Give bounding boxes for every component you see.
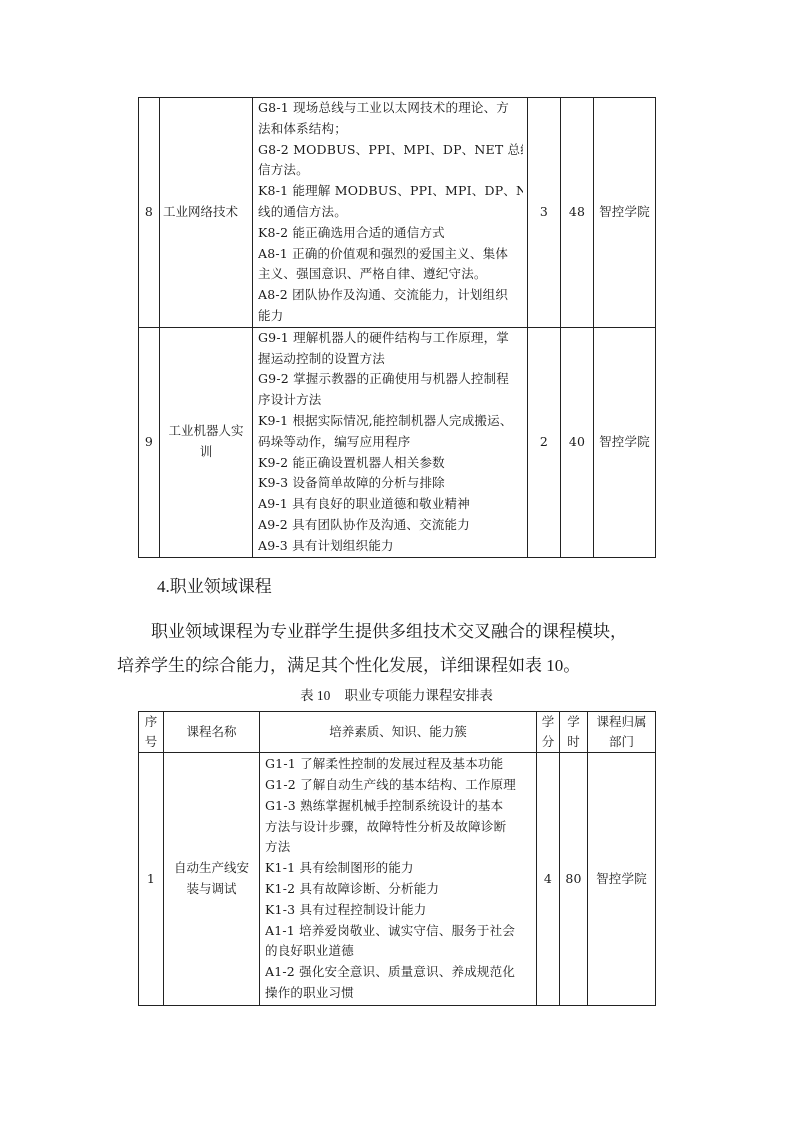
course-name-line: 装与调试 <box>166 879 257 900</box>
row-number: 1 <box>139 753 164 1006</box>
competency-line: 握运动控制的设置方法 <box>258 349 523 370</box>
competency-line: G9-2 掌握示教器的正确使用与机器人控制程 <box>258 369 523 390</box>
table-row: 8 工业网络技术 G8-1 现场总线与工业以太网技术的理论、方 法和体系结构； … <box>139 98 656 328</box>
competency-list: G8-1 现场总线与工业以太网技术的理论、方 法和体系结构； G8-2 MODB… <box>253 98 528 328</box>
competency-line: 操作的职业习惯 <box>265 983 532 1004</box>
competency-line: A9-3 具有计划组织能力 <box>258 536 523 557</box>
hours: 40 <box>561 327 594 557</box>
header-hours: 学 时 <box>560 712 588 753</box>
header-no: 序 号 <box>139 712 164 753</box>
competency-line: 序设计方法 <box>258 390 523 411</box>
department: 智控学院 <box>594 327 656 557</box>
competency-line: A9-2 具有团队协作及沟通、交流能力 <box>258 515 523 536</box>
course-table-10: 序 号 课程名称 培养素质、知识、能力簇 学 分 学 时 课程归属 部门 1 自… <box>138 711 656 1006</box>
header-competency: 培养素质、知识、能力簇 <box>260 712 537 753</box>
competency-line: G8-1 现场总线与工业以太网技术的理论、方 <box>258 98 523 119</box>
competency-line: K1-2 具有故障诊断、分析能力 <box>265 879 532 900</box>
section-heading: 4.职业领域课程 <box>157 572 272 597</box>
course-name-line: 训 <box>162 442 250 463</box>
header-line: 学 <box>560 712 587 732</box>
competency-line: G1-2 了解自动生产线的基本结构、工作原理 <box>265 775 532 796</box>
header-line: 学 <box>537 712 559 732</box>
table-caption: 表 10职业专项能力课程安排表 <box>0 684 793 704</box>
competency-line: A1-1 培养爱岗敬业、诚实守信、服务于社会 <box>265 921 532 942</box>
header-line: 部门 <box>588 732 655 752</box>
table-row: 9 工业机器人实 训 G9-1 理解机器人的硬件结构与工作原理，掌 握运动控制的… <box>139 327 656 557</box>
competency-line: G1-1 了解柔性控制的发展过程及基本功能 <box>265 754 532 775</box>
row-number: 8 <box>139 98 160 328</box>
paragraph-line: 培养学生的综合能力，满足其个性化发展，详细课程如表 10。 <box>117 649 677 683</box>
competency-line: 主义、强国意识、严格自律、遵纪守法。 <box>258 264 523 285</box>
competency-line: K8-2 能正确选用合适的通信方式 <box>258 223 523 244</box>
competency-line: K1-1 具有绘制图形的能力 <box>265 858 532 879</box>
course-name: 工业网络技术 <box>160 98 253 328</box>
section-paragraph: 职业领域课程为专业群学生提供多组技术交叉融合的课程模块， 培养学生的综合能力，满… <box>117 615 677 683</box>
competency-list: G9-1 理解机器人的硬件结构与工作原理，掌 握运动控制的设置方法 G9-2 掌… <box>253 327 528 557</box>
competency-line: 信方法。 <box>258 160 523 181</box>
competency-line: G9-1 理解机器人的硬件结构与工作原理，掌 <box>258 328 523 349</box>
competency-line: K9-2 能正确设置机器人相关参数 <box>258 453 523 474</box>
department: 智控学院 <box>594 98 656 328</box>
header-course-name: 课程名称 <box>164 712 260 753</box>
competency-line: G8-2 MODBUS、PPI、MPI、DP、NET 总线的通 <box>258 140 523 161</box>
header-line: 时 <box>560 732 587 752</box>
competency-line: 码垛等动作，编写应用程序 <box>258 432 523 453</box>
competency-line: G1-3 熟练掌握机械手控制系统设计的基本 <box>265 796 532 817</box>
competency-line: K8-1 能理解 MODBUS、PPI、MPI、DP、NET 总 <box>258 181 523 202</box>
paragraph-line: 职业领域课程为专业群学生提供多组技术交叉融合的课程模块， <box>117 615 677 649</box>
credits: 4 <box>537 753 560 1006</box>
competency-line: 方法与设计步骤，故障特性分析及故障诊断 <box>265 817 532 838</box>
competency-line: A8-1 正确的价值观和强烈的爱国主义、集体 <box>258 244 523 265</box>
competency-line: 的良好职业道德 <box>265 941 532 962</box>
course-name: 工业机器人实 训 <box>160 327 253 557</box>
competency-line: A9-1 具有良好的职业道德和敬业精神 <box>258 494 523 515</box>
competency-line: 线的通信方法。 <box>258 202 523 223</box>
credits: 2 <box>528 327 561 557</box>
header-line: 号 <box>139 732 163 752</box>
competency-line: K9-1 根据实际情况,能控制机器人完成搬运、 <box>258 411 523 432</box>
table-caption-number: 表 10 <box>300 688 330 703</box>
course-table-continued: 8 工业网络技术 G8-1 现场总线与工业以太网技术的理论、方 法和体系结构； … <box>138 97 656 558</box>
hours: 80 <box>560 753 588 1006</box>
table-caption-title: 职业专项能力课程安排表 <box>344 688 493 703</box>
department: 智控学院 <box>588 753 656 1006</box>
course-name-line: 自动生产线安 <box>166 858 257 879</box>
course-name: 自动生产线安 装与调试 <box>164 753 260 1006</box>
header-credits: 学 分 <box>537 712 560 753</box>
competency-line: A8-2 团队协作及沟通、交流能力，计划组织 <box>258 285 523 306</box>
course-name-line: 工业机器人实 <box>162 421 250 442</box>
header-department: 课程归属 部门 <box>588 712 656 753</box>
header-line: 序 <box>139 712 163 732</box>
competency-line: A1-2 强化安全意识、质量意识、养成规范化 <box>265 962 532 983</box>
competency-line: 法和体系结构； <box>258 119 523 140</box>
credits: 3 <box>528 98 561 328</box>
competency-line: 能力 <box>258 306 523 327</box>
table-row: 1 自动生产线安 装与调试 G1-1 了解柔性控制的发展过程及基本功能 G1-2… <box>139 753 656 1006</box>
header-line: 分 <box>537 732 559 752</box>
hours: 48 <box>561 98 594 328</box>
row-number: 9 <box>139 327 160 557</box>
table-header-row: 序 号 课程名称 培养素质、知识、能力簇 学 分 学 时 课程归属 部门 <box>139 712 656 753</box>
competency-line: K1-3 具有过程控制设计能力 <box>265 900 532 921</box>
competency-line: 方法 <box>265 837 532 858</box>
competency-line: K9-3 设备简单故障的分析与排除 <box>258 473 523 494</box>
header-line: 课程归属 <box>588 712 655 732</box>
competency-list: G1-1 了解柔性控制的发展过程及基本功能 G1-2 了解自动生产线的基本结构、… <box>260 753 537 1006</box>
